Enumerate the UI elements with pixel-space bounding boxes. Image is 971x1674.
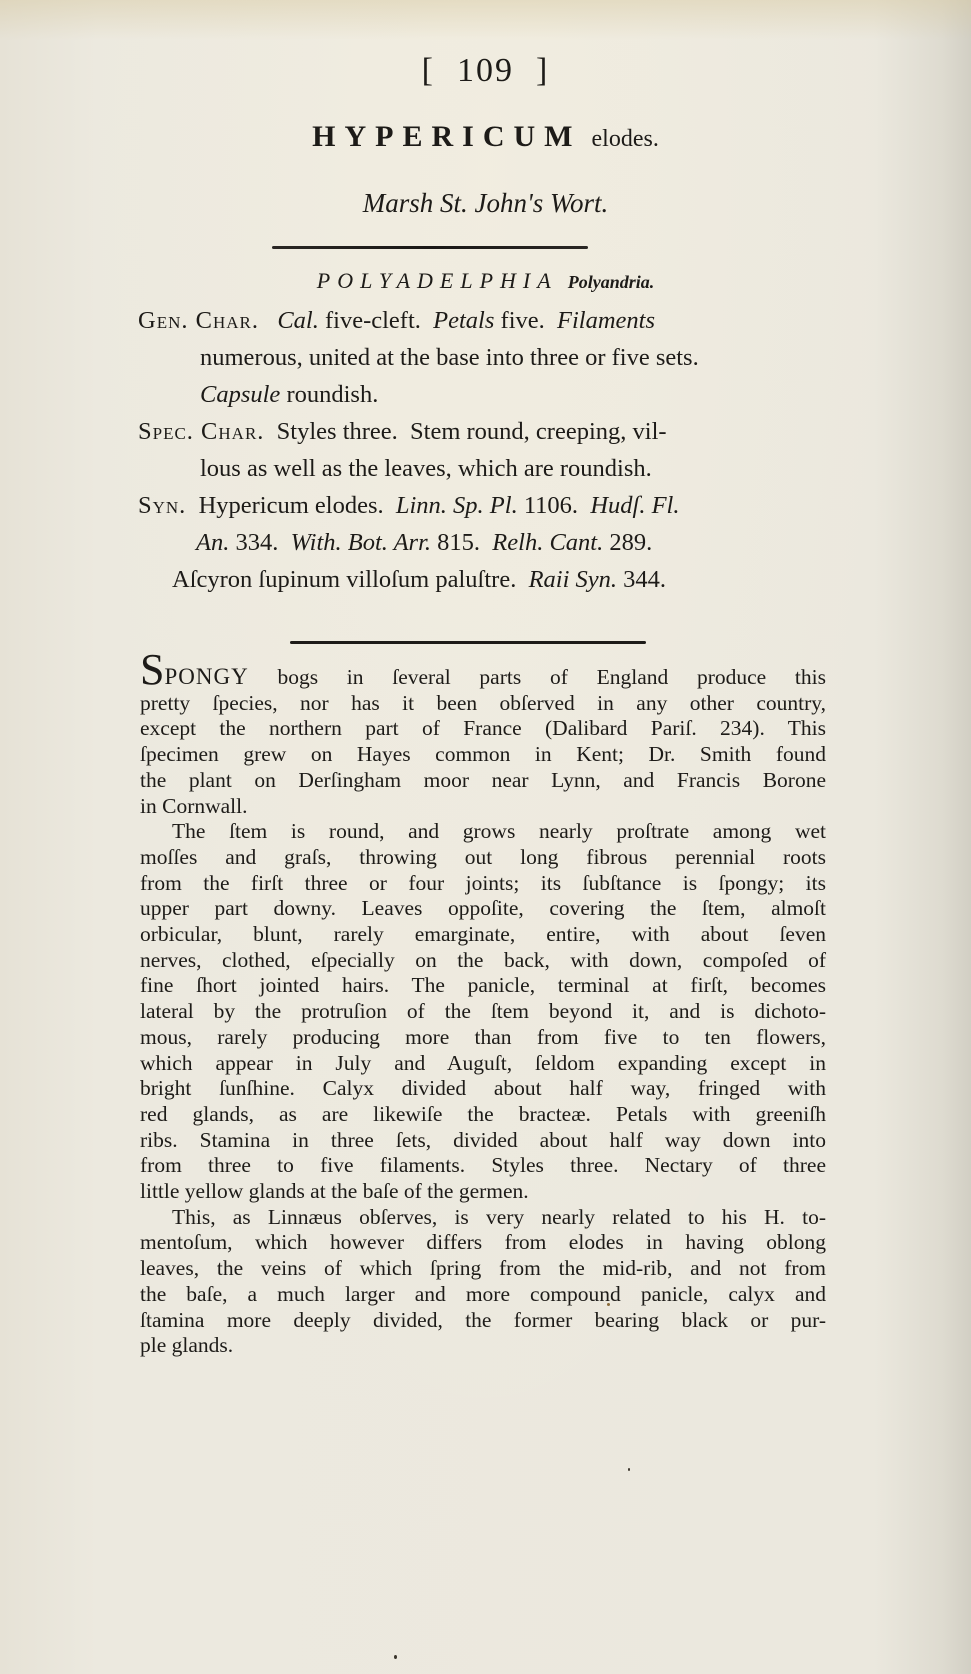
syn-num: 289. [609,529,652,556]
bracket-open: [ [422,52,435,89]
characters-block: Gen. Char. Cal. five-cleft. Petals five.… [138,302,828,598]
syn-text: Hypericum elodes. [199,492,384,519]
common-name: Marsh St. John's Wort. [0,188,971,219]
gen-char-line-1: Gen. Char. Cal. five-cleft. Petals five.… [138,302,828,339]
body-line: SPONGY bogs in ſeveral parts of England … [140,660,826,691]
syn-num: 1106. [524,492,578,519]
gen-char-line-3: Capsule roundish. [138,376,828,413]
spec-char-line-2: lous as well as the leaves, which are ro… [138,450,828,487]
syn-num: 344. [623,566,666,593]
body-line: except the northern part of France (Dali… [140,716,826,742]
body-line: the baſe, a much larger and more compoun… [140,1282,826,1308]
syn-ref: An. [196,529,229,556]
body-line: red glands, as are likewiſe the bracteæ.… [140,1102,826,1128]
body-line: bright ſunſhine. Calyx divided about hal… [140,1076,826,1102]
body-line: leaves, the veins of which ſpring from t… [140,1256,826,1282]
gen-char-capsule: Capsule [200,381,280,408]
syn-text: Aſcyron ſupinum villoſum paluſtre. [172,566,516,593]
first-word: PONGY [164,664,248,689]
body-line: moſſes and graſs, throwing out long fibr… [140,845,826,871]
description-body: SPONGY bogs in ſeveral parts of England … [140,660,826,1359]
ornamental-rule-middle [290,641,646,644]
drop-cap: S [140,645,164,694]
species-name: elodes. [592,126,659,152]
syn-line-3: Aſcyron ſupinum villoſum paluſtre. Raii … [138,561,828,598]
body-line: lateral by the protruſion of the ſtem be… [140,999,826,1025]
gen-char-filaments: Filaments [557,307,655,334]
syn-ref: Relh. Cant. [492,529,603,556]
gen-char-line-2: numerous, united at the base into three … [138,339,828,376]
class-name: POLYADELPHIA [317,268,558,293]
spec-char-text: Styles three. Stem round, creeping, vil- [277,418,667,445]
body-line: This, as Linnæus obſerves, is very nearl… [140,1205,826,1231]
body-line: which appear in July and Auguſt, ſeldom … [140,1051,826,1077]
body-line: ſpecimen grew on Hayes common in Kent; D… [140,742,826,768]
body-line: fine ſhort jointed hairs. The panicle, t… [140,973,826,999]
paper-speck [607,1303,610,1306]
spec-char-line-1: Spec. Char. Styles three. Stem round, cr… [138,413,828,450]
gen-char-text: five-cleft. [319,307,433,334]
body-line: orbicular, blunt, rarely emarginate, ent… [140,922,826,948]
page-number: [109] [0,52,971,90]
genus-name: HYPERICUM [312,120,581,153]
page-stain [0,0,971,40]
gen-char-text: roundish. [280,381,378,408]
body-line: little yellow glands at the baſe of the … [140,1179,826,1205]
paper-speck [628,1468,630,1471]
gen-char-cal: Cal. [277,307,319,334]
gen-char-petals: Petals [433,307,494,334]
body-line: from the firſt three or four joints; its… [140,871,826,897]
spec-char-label: Spec. Char. [138,418,264,445]
syn-ref: Linn. Sp. Pl. [396,492,518,519]
ornamental-rule-top [272,246,588,249]
gen-char-text: five. [494,307,557,334]
body-line: ſtamina more deeply divided, the former … [140,1308,826,1334]
body-line: in Cornwall. [140,794,826,820]
body-line: pretty ſpecies, nor has it been obſerved… [140,691,826,717]
body-line: ribs. Stamina in three ſets, divided abo… [140,1128,826,1154]
syn-label: Syn. [138,492,186,519]
order-name: Polyandria. [568,272,655,292]
gen-char-label: Gen. Char. [138,307,259,334]
book-page: [109] HYPERICUMelodes. Marsh St. John's … [0,0,971,1674]
bracket-close: ] [536,52,549,89]
syn-num: 815. [437,529,480,556]
page-number-value: 109 [457,52,514,89]
syn-ref: With. Bot. Arr. [291,529,431,556]
body-line: mous, rarely producing more than from fi… [140,1025,826,1051]
syn-num: 334. [235,529,278,556]
body-line-text: bogs in ſeveral parts of England produce… [249,665,826,689]
page-title: HYPERICUMelodes. [0,120,971,154]
body-line: from three to five filaments. Styles thr… [140,1153,826,1179]
body-line: The ſtem is round, and grows nearly proſ… [140,819,826,845]
paper-speck [394,1655,397,1659]
syn-ref: Hudſ. Fl. [590,492,679,519]
syn-ref: Raii Syn. [529,566,617,593]
body-line: nerves, clothed, eſpecially on the back,… [140,948,826,974]
syn-line-2: An. 334. With. Bot. Arr. 815. Relh. Cant… [138,524,828,561]
body-line: ple glands. [140,1333,826,1359]
body-line: upper part downy. Leaves oppoſite, cover… [140,896,826,922]
body-line: mentoſum, which however differs from elo… [140,1230,826,1256]
syn-line-1: Syn. Hypericum elodes. Linn. Sp. Pl. 110… [138,487,828,524]
body-line: the plant on Derſingham moor near Lynn, … [140,768,826,794]
classification: POLYADELPHIAPolyandria. [0,268,971,294]
